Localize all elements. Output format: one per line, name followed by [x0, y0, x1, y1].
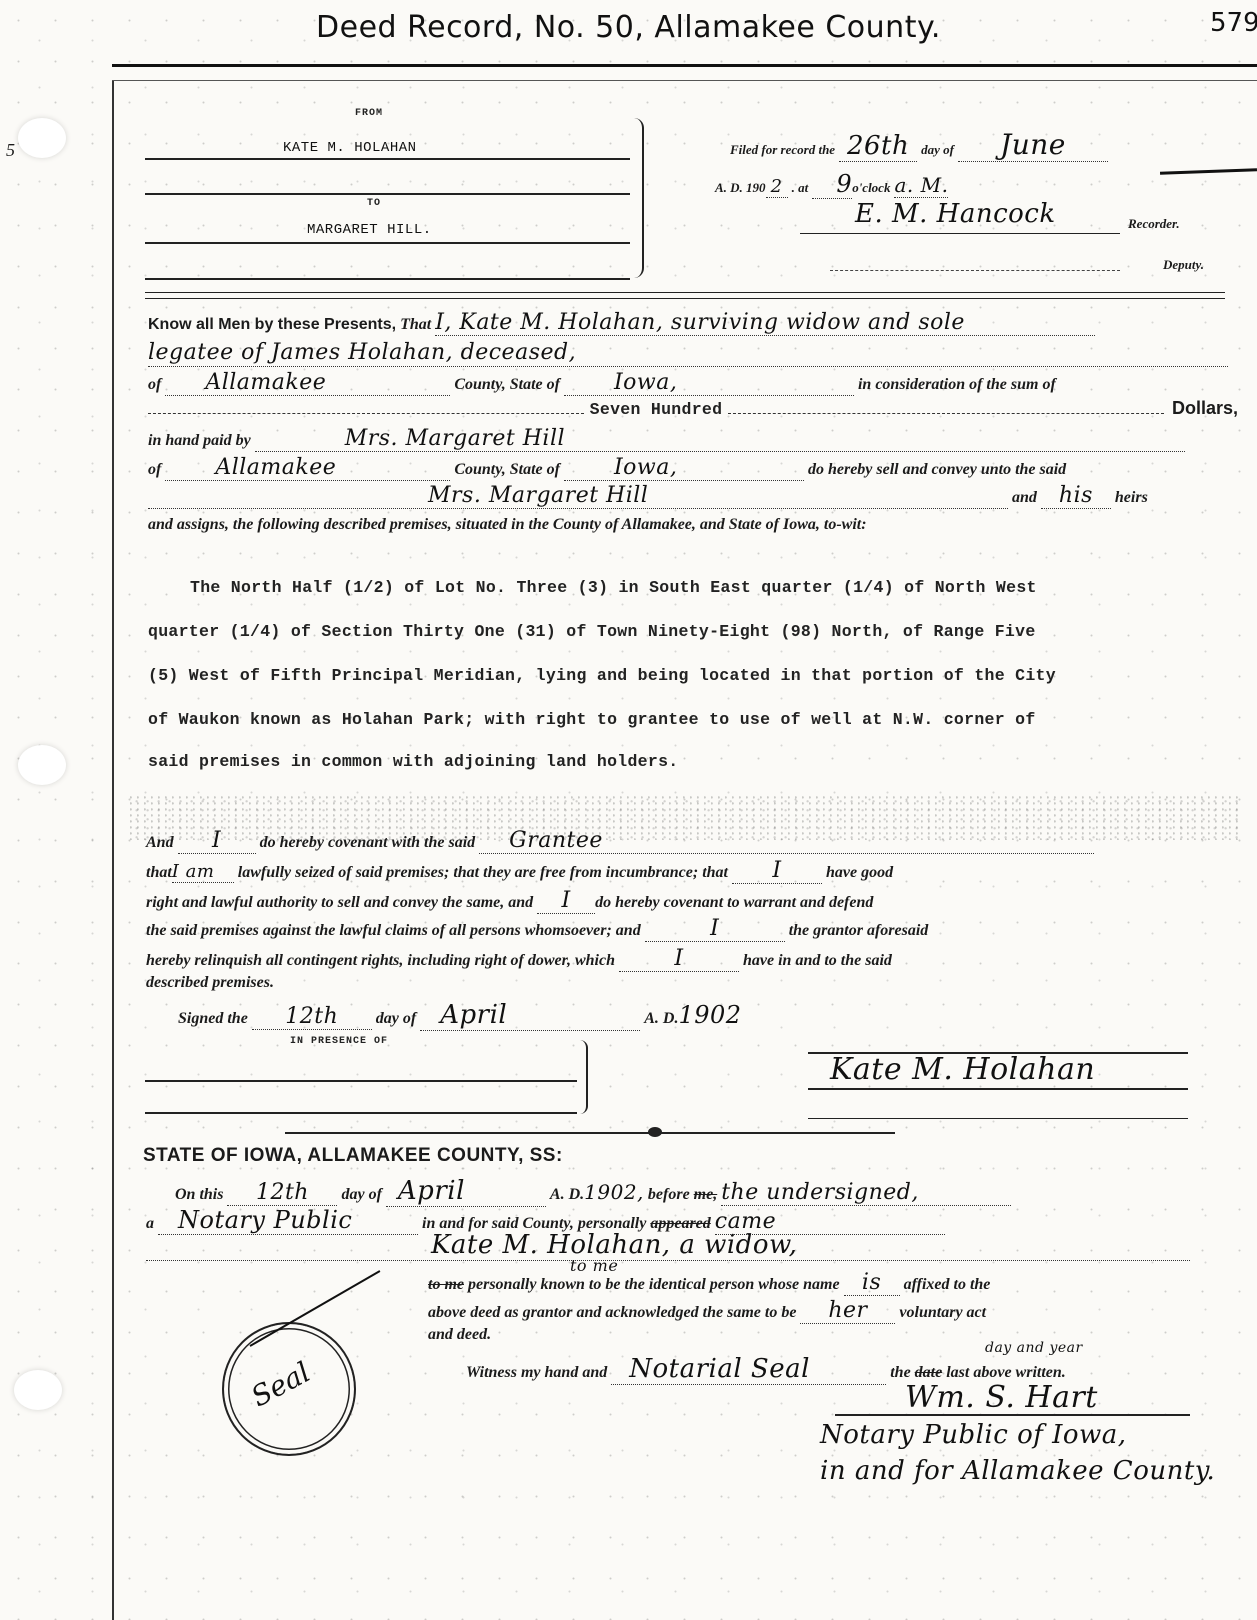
grantor-description-1: I, Kate M. Holahan, surviving widow and … — [435, 310, 1095, 336]
covenant-fill: I — [645, 916, 785, 942]
body-line-3: of Allamakee County, State of Iowa, in c… — [148, 370, 1238, 396]
covenant-text: have in and to the said — [743, 952, 892, 969]
of-label: of — [148, 461, 161, 478]
consideration-amount: Seven Hundred — [584, 400, 729, 419]
ack-text: and acknowledged the same to be — [576, 1304, 796, 1321]
and-label: and — [1012, 489, 1037, 506]
dash-fill — [728, 403, 1164, 414]
covenant-text: do — [595, 894, 611, 911]
punch-hole — [18, 118, 66, 158]
grantor-state: Iowa, — [564, 370, 854, 396]
grantor-name: KATE M. HOLAHAN — [283, 140, 417, 156]
filed-hour: 9 — [812, 170, 852, 199]
grantee-county: Allamakee — [165, 455, 450, 481]
deputy-label: Deputy. — [1163, 257, 1204, 273]
ack-her: her — [800, 1298, 895, 1324]
body-line-2: legatee of James Holahan, deceased, — [148, 340, 1228, 367]
assigns-line: and assigns, the following described pre… — [148, 516, 867, 534]
day-of-label: day of — [376, 1010, 416, 1027]
body-line-4: Seven Hundred Dollars, — [148, 398, 1238, 419]
covenant-line-5: hereby relinquish all contingent rights,… — [146, 946, 892, 972]
body-line-6: of Allamakee County, State of Iowa, do h… — [148, 455, 1238, 481]
covenant-line-2: thatI am lawfully seized of said premise… — [146, 858, 893, 884]
recorder-signature: E. M. Hancock — [855, 199, 1056, 229]
ack-line-3: Kate M. Holahan, a widow, — [146, 1234, 1190, 1261]
ack-text: last above written. — [946, 1364, 1066, 1381]
know-all-label: Know all Men by these Presents, — [148, 316, 396, 333]
rule — [145, 278, 630, 280]
covenant-text: do hereby covenant with the said — [260, 834, 476, 851]
covenant-text: right and lawful authority to sell and c… — [146, 894, 533, 911]
punch-hole — [14, 1370, 62, 1410]
notary-title-2: in and for Allamakee County. — [820, 1456, 1215, 1486]
ack-officer-title: Notary Public — [158, 1206, 418, 1235]
ad-label: A. D. 190 — [715, 180, 766, 195]
filed-time-line: A. D. 1902 . at 9o'clock a. M. — [715, 170, 948, 199]
covenant-text: all contingent rights, including right o… — [266, 952, 615, 969]
covenant-text: hereby relinquish — [146, 952, 262, 969]
recorder-label: Recorder. — [1128, 216, 1180, 232]
ack-line-4: to me personally known to be the identic… — [428, 1270, 990, 1296]
seal-type: Notarial Seal — [611, 1354, 886, 1385]
margin-mark: 5 — [6, 140, 15, 161]
signed-label: Signed the — [178, 1010, 248, 1027]
county-state-label: County, State of — [454, 376, 560, 393]
struck-text: date — [915, 1364, 943, 1381]
pronoun: his — [1041, 483, 1111, 509]
ack-text: before — [648, 1186, 690, 1203]
covenant-fill: I — [732, 858, 822, 884]
ack-text: A. D. — [550, 1186, 584, 1203]
dollars-label: Dollars, — [1164, 398, 1238, 419]
body-line-7: Mrs. Margaret Hill and his heirs — [148, 483, 1238, 509]
witness-brace — [578, 1040, 588, 1114]
to-label: TO — [367, 198, 381, 209]
ack-text: day of — [341, 1186, 381, 1203]
covenant-fill: I — [619, 946, 739, 972]
signed-day: 12th — [252, 1004, 372, 1030]
convey-label: do hereby sell and convey unto the said — [808, 461, 1066, 478]
punch-hole — [18, 745, 66, 785]
at-label: . at — [792, 180, 809, 195]
paid-by-label: in hand paid by — [148, 432, 251, 449]
day-of-label: day of — [921, 142, 954, 157]
presence-label: IN PRESENCE OF — [290, 1036, 388, 1047]
covenant-line-6: described premises. — [146, 974, 274, 992]
ack-officer: the undersigned, — [721, 1180, 1011, 1206]
ack-line-1: On this 12th day of April A. D.1902, bef… — [175, 1176, 1011, 1207]
body-line-1: Know all Men by these Presents, That I, … — [148, 310, 1228, 336]
consideration-label: in consideration of the sum of — [858, 376, 1056, 393]
ack-text: the — [890, 1364, 910, 1381]
ack-text: Witness my hand and — [466, 1364, 607, 1381]
covenant-text: the said premises against the lawful cla… — [146, 922, 641, 939]
ack-line-5: above deed as grantor and acknowledged t… — [428, 1298, 986, 1324]
filed-meridiem: a. M. — [894, 173, 948, 198]
signed-month: April — [420, 1000, 640, 1031]
covenant-line-1: And I do hereby covenant with the said G… — [146, 828, 1094, 854]
rule — [145, 242, 630, 244]
legal-description-line: The North Half (1/2) of Lot No. Three (3… — [190, 578, 1037, 597]
rule — [145, 193, 630, 195]
ack-text: above deed as grantor — [428, 1304, 572, 1321]
paid-by-name: Mrs. Margaret Hill — [255, 426, 1185, 452]
covenant-text: have good — [826, 864, 893, 881]
covenant-text: hereby covenant to warrant and defend — [615, 894, 873, 911]
recorder-line: E. M. Hancock — [800, 205, 1120, 234]
legal-description-line: quarter (1/4) of Section Thirty One (31)… — [148, 622, 1036, 641]
grantor-county: Allamakee — [165, 370, 450, 396]
covenant-text: aforesaid — [867, 922, 928, 939]
form-top-border — [112, 80, 1257, 81]
filed-month: June — [958, 128, 1108, 162]
from-label: FROM — [355, 108, 383, 119]
header-rule — [112, 64, 1257, 67]
filed-year-digit: 2 — [766, 176, 788, 198]
page-title: Deed Record, No. 50, Allamakee County. — [0, 10, 1257, 45]
ornament-dot — [648, 1127, 662, 1137]
ornament-rule — [285, 1132, 895, 1134]
covenant-text: the grantor — [789, 922, 863, 939]
ack-is: is — [844, 1270, 900, 1296]
ack-text: On this — [175, 1186, 223, 1203]
legal-description-line: said premises in common with adjoining l… — [148, 752, 678, 771]
signed-line: Signed the 12th day of April A. D.1902 — [178, 1000, 742, 1031]
covenant-line-4: the said premises against the lawful cla… — [146, 916, 928, 942]
filed-day: 26th — [839, 131, 917, 162]
witness-line — [145, 1112, 577, 1114]
signature-line — [808, 1088, 1188, 1090]
ack-line-6: and deed. — [428, 1326, 491, 1344]
covenant-fill: I — [537, 888, 595, 914]
signed-year: 1902 — [678, 1001, 741, 1029]
covenant-line-3: right and lawful authority to sell and c… — [146, 888, 873, 914]
rule — [145, 158, 630, 160]
legal-description-line: of Waukon known as Holahan Park; with ri… — [148, 710, 1036, 729]
witness-line — [145, 1080, 577, 1082]
convey-to-name: Mrs. Margaret Hill — [148, 483, 1008, 509]
section-divider — [145, 292, 1225, 299]
notary-title-1: Notary Public of Iowa, — [820, 1420, 1127, 1450]
ack-text: personally known to be the identical per… — [468, 1276, 754, 1293]
signature-line — [808, 1118, 1188, 1119]
grantee-state: Iowa, — [564, 455, 804, 481]
ack-text: voluntary act — [899, 1304, 986, 1321]
ack-text: whose name — [758, 1276, 839, 1293]
legal-description-line: (5) West of Fifth Principal Meridian, ly… — [148, 666, 1056, 685]
filed-label: Filed for record the — [730, 142, 835, 157]
body-line-5: in hand paid by Mrs. Margaret Hill — [148, 426, 1228, 452]
struck-text: me, — [694, 1186, 718, 1203]
dash-fill — [148, 403, 584, 414]
ack-text: a — [146, 1215, 154, 1232]
ack-month: April — [386, 1176, 546, 1207]
deputy-line — [830, 270, 1120, 271]
acknowledgment-heading: STATE OF IOWA, ALLAMAKEE COUNTY, SS: — [143, 1145, 563, 1167]
of-label: of — [148, 376, 161, 393]
covenant-text: lawfully seized of said premises; that t… — [238, 864, 728, 881]
ack-text: affixed to the — [904, 1276, 991, 1293]
grantor-description-2: legatee of James Holahan, deceased, — [148, 340, 576, 365]
covenant-text: that — [146, 864, 172, 881]
ack-year: 1902, — [584, 1180, 644, 1204]
that-label: That — [400, 316, 431, 333]
covenant-text: And — [146, 834, 174, 851]
heirs-label: heirs — [1115, 489, 1148, 506]
covenant-fill: I am — [172, 861, 234, 883]
notary-signature: Wm. S. Hart — [905, 1380, 1098, 1415]
covenant-fill: Grantee — [479, 828, 1094, 854]
ack-day: 12th — [227, 1180, 337, 1206]
oclock-label: o'clock — [852, 180, 890, 195]
filed-line: Filed for record the 26th day of June — [730, 128, 1108, 162]
grantee-name: MARGARET HILL. — [307, 222, 432, 238]
ad-label: A. D. — [644, 1010, 678, 1027]
grantor-signature: Kate M. Holahan — [830, 1052, 1095, 1087]
parties-brace — [632, 118, 644, 278]
covenant-fill: I — [178, 828, 256, 854]
ink-stroke — [1160, 168, 1257, 174]
page-number: 579 — [1210, 8, 1257, 38]
struck-text: to me — [428, 1276, 464, 1293]
form-border — [112, 80, 114, 1620]
county-state-label: County, State of — [454, 461, 560, 478]
